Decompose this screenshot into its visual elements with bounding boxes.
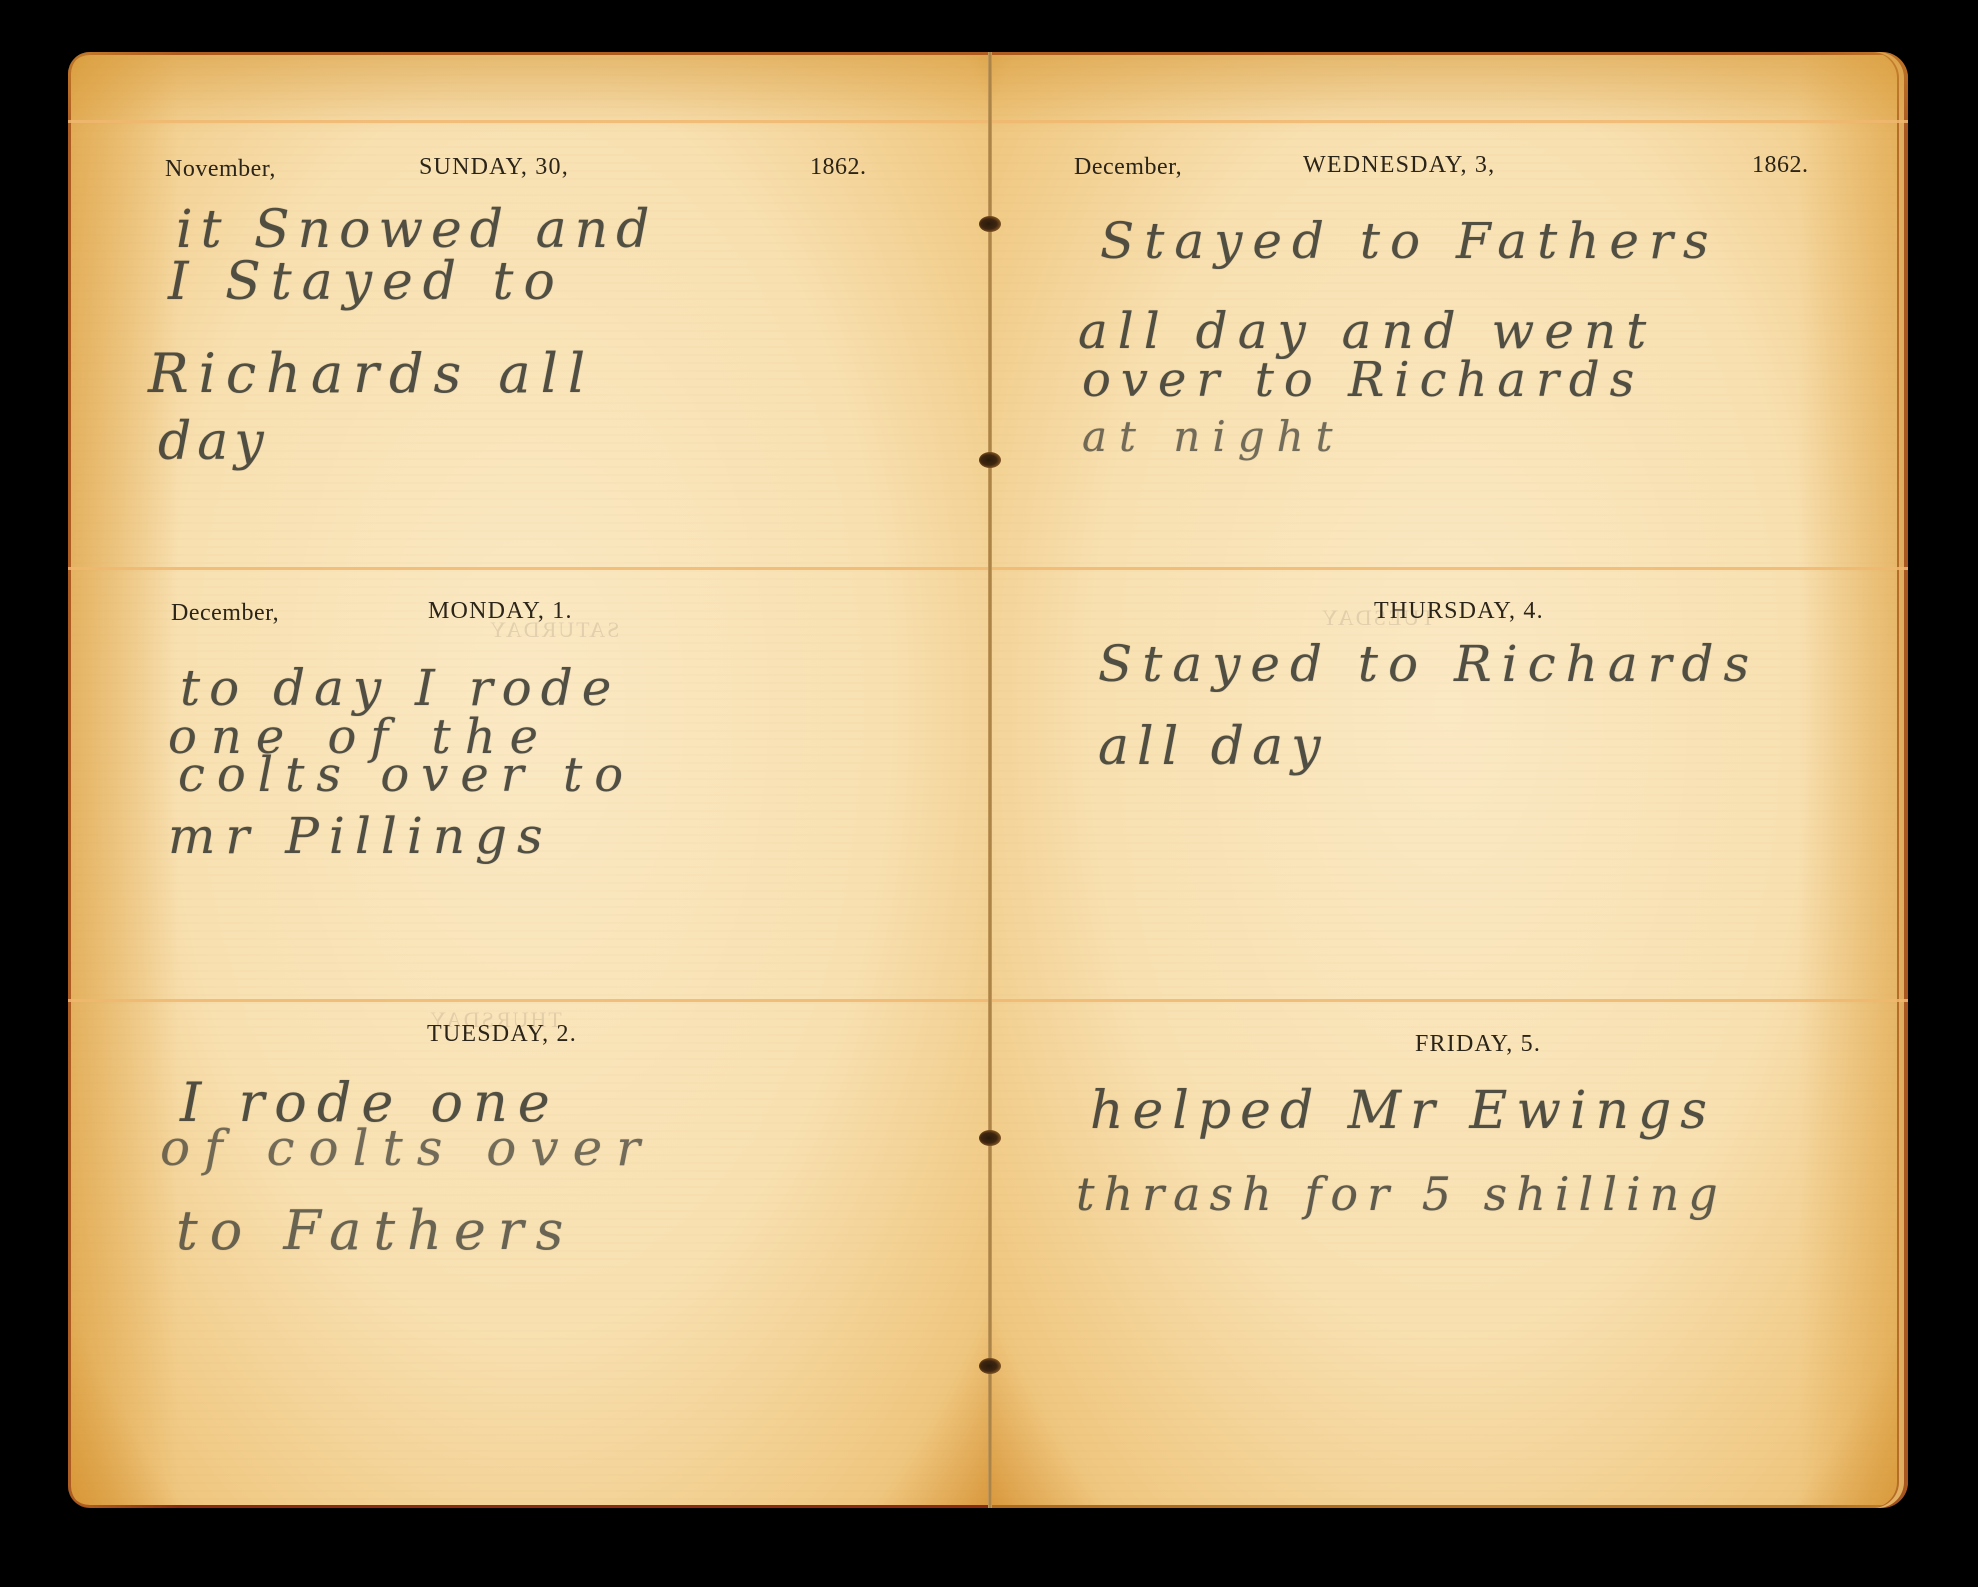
entry-day: MONDAY, 1. xyxy=(428,598,573,625)
handwriting-line: of colts over xyxy=(160,1119,654,1177)
entry-year: 1862. xyxy=(810,154,867,181)
handwriting-line: thrash for 5 shilling xyxy=(1076,1167,1727,1221)
diary-entry-sunday-30: November, SUNDAY, 30, 1862. it Snowed an… xyxy=(68,52,990,567)
entry-month: December, xyxy=(171,600,279,627)
handwriting-line: at night xyxy=(1082,412,1345,461)
handwriting-line: helped Mr Ewings xyxy=(1090,1081,1716,1141)
entry-day: FRIDAY, 5. xyxy=(1415,1031,1541,1058)
diary-entry-friday-5: FRIDAY, 5. helped Mr Ewings thrash for 5… xyxy=(990,999,1908,1508)
entry-day: WEDNESDAY, 3, xyxy=(1303,152,1495,179)
entry-day: THURSDAY, 4. xyxy=(1374,598,1544,625)
diary-entry-monday-1: SATURDAY December, MONDAY, 1. to day I r… xyxy=(68,567,990,999)
binding-stitch-hole xyxy=(979,1130,1001,1146)
entry-month: December, xyxy=(1074,154,1182,181)
handwriting-line: I Stayed to xyxy=(168,252,565,312)
handwriting-line: Stayed to Richards xyxy=(1098,635,1759,693)
diary-entry-thursday-4: TUESDAY THURSDAY, 4. Stayed to Richards … xyxy=(990,567,1908,999)
open-diary: November, SUNDAY, 30, 1862. it Snowed an… xyxy=(68,52,1908,1508)
diary-entry-wednesday-3: December, WEDNESDAY, 3, 1862. Stayed to … xyxy=(990,52,1908,567)
handwriting-line: day xyxy=(158,412,270,472)
handwriting-line: mr Pillings xyxy=(168,807,553,865)
handwriting-line: to Fathers xyxy=(176,1199,575,1262)
entry-day: SUNDAY, 30, xyxy=(419,154,569,181)
diary-entry-tuesday-2: THURSDAY TUESDAY, 2. I rode one of colts… xyxy=(68,999,990,1508)
book-spine-fold xyxy=(988,52,992,1508)
left-page: November, SUNDAY, 30, 1862. it Snowed an… xyxy=(68,52,990,1508)
binding-stitch-hole xyxy=(979,216,1001,232)
entry-day: TUESDAY, 2. xyxy=(427,1021,577,1048)
handwriting-line: Stayed to Fathers xyxy=(1100,212,1719,270)
handwriting-line: it Snowed and xyxy=(176,200,657,260)
handwriting-line: all day xyxy=(1098,717,1328,777)
right-page: December, WEDNESDAY, 3, 1862. Stayed to … xyxy=(990,52,1908,1508)
binding-stitch-hole xyxy=(979,452,1001,468)
handwriting-line: Richards all xyxy=(148,342,595,405)
handwriting-line: over to Richards xyxy=(1082,352,1644,408)
handwriting-line: colts over to xyxy=(178,747,635,803)
entry-month: November, xyxy=(165,156,276,183)
binding-stitch-hole xyxy=(979,1358,1001,1374)
entry-year: 1862. xyxy=(1752,152,1809,179)
